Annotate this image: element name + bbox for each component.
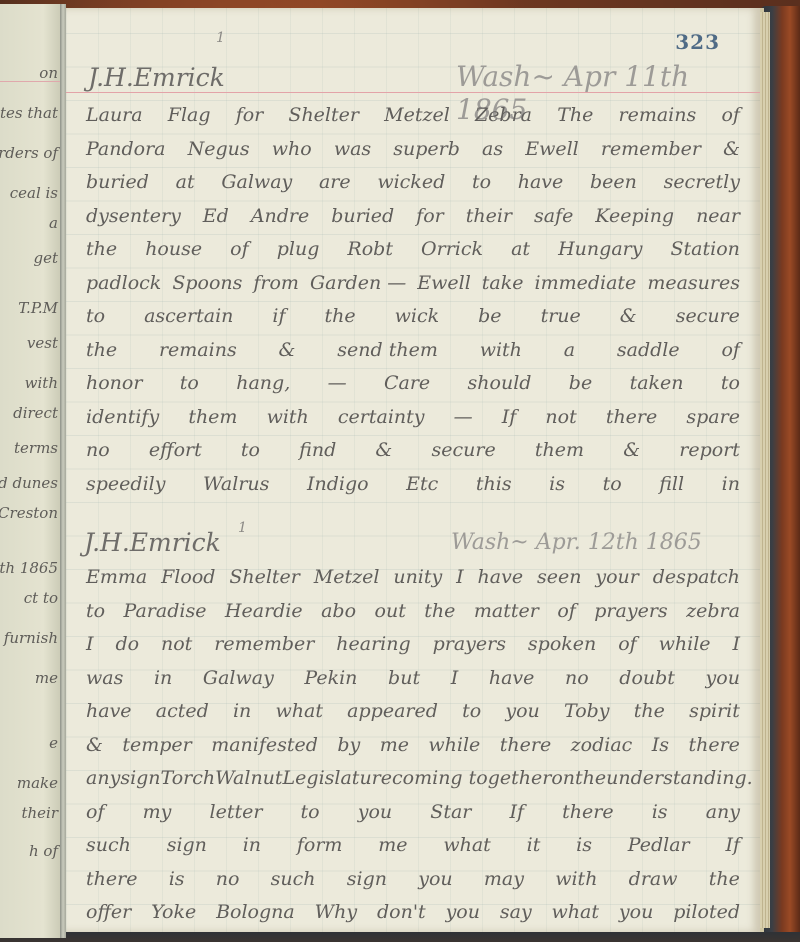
word: me <box>378 834 407 856</box>
word: your <box>595 566 639 588</box>
word: such <box>271 868 316 890</box>
word: by <box>337 734 360 756</box>
word: offer <box>86 901 131 923</box>
word: Garden — <box>310 272 406 294</box>
text-line: thereisnosuchsignyoumaywithdrawthe <box>86 860 740 890</box>
entry-2-date: Wash~ Apr. 12th 1865 <box>451 530 702 555</box>
word: piloted <box>673 901 740 923</box>
word: with <box>480 339 522 361</box>
word: who <box>272 138 312 160</box>
word: say <box>500 901 532 923</box>
word: superb <box>393 138 460 160</box>
page-number: 323 <box>675 30 720 54</box>
word: If <box>725 834 740 856</box>
word: & <box>623 439 640 461</box>
word: Andre <box>251 205 309 227</box>
word: sign <box>120 767 160 789</box>
word: Pandora <box>86 138 166 160</box>
word: to <box>241 439 260 461</box>
word: the <box>575 767 606 789</box>
word: have <box>478 566 524 588</box>
previous-page-text: direct <box>13 404 58 422</box>
word: Bologna <box>216 901 295 923</box>
word: secretly <box>664 171 740 193</box>
word: be <box>569 372 592 394</box>
text-line: Idonotrememberhearingprayersspokenofwhil… <box>86 625 740 655</box>
word: prayers <box>433 633 506 655</box>
word: Yoke <box>151 901 196 923</box>
word: buried <box>331 205 394 227</box>
previous-page-text: vest <box>27 334 58 352</box>
book-cover-bottom <box>0 932 800 942</box>
previous-page-text: h of <box>29 842 58 860</box>
previous-page-text: ceal is <box>10 184 58 202</box>
word: is <box>549 473 565 495</box>
word: matter <box>474 600 539 622</box>
word: at <box>176 171 195 193</box>
word: for <box>236 104 264 126</box>
text-line: theremains&send themwithasaddleof <box>86 331 740 361</box>
word: Robt <box>347 238 393 260</box>
word: what <box>443 834 490 856</box>
word: manifested <box>211 734 318 756</box>
word: & <box>375 439 392 461</box>
word: Care <box>384 372 430 394</box>
word: the <box>86 339 117 361</box>
word: padlock <box>86 272 161 294</box>
word: to <box>86 305 105 327</box>
word: Legislature <box>283 767 392 789</box>
word: Metzel <box>314 566 380 588</box>
word: any <box>706 801 740 823</box>
word: remember <box>214 633 314 655</box>
previous-page-text: me <box>35 669 58 687</box>
word: is <box>169 868 185 890</box>
word: I <box>451 667 459 689</box>
word: zodiac <box>571 734 633 756</box>
word: Star <box>430 801 471 823</box>
word: as <box>482 138 503 160</box>
word: to <box>462 700 481 722</box>
word: Indigo <box>307 473 369 495</box>
word: true <box>541 305 581 327</box>
word: do <box>115 633 139 655</box>
word: with <box>267 406 309 428</box>
previous-page-text: terms <box>14 439 58 457</box>
word: the <box>634 700 665 722</box>
word: no <box>565 667 589 689</box>
word: I <box>732 633 740 655</box>
word: you <box>619 901 653 923</box>
word: house <box>145 238 202 260</box>
word: in <box>233 700 251 722</box>
word: Keeping <box>595 205 674 227</box>
word: is <box>576 834 592 856</box>
word: immediate <box>535 272 637 294</box>
previous-page-text: tes that <box>0 104 58 122</box>
word: take <box>482 272 524 294</box>
word: near <box>696 205 740 227</box>
word: appeared <box>347 700 438 722</box>
signature-mark: 1 <box>238 520 247 536</box>
word: spoken <box>528 633 596 655</box>
word: — <box>328 372 347 394</box>
word: Walnut <box>215 767 282 789</box>
text-line: noefforttofind&securethem&report <box>86 431 740 461</box>
previous-page-text: furnish <box>4 629 58 647</box>
text-line: padlockSpoonsfromGarden —Ewelltakeimmedi… <box>86 264 740 294</box>
entry-1-signature: J.H.Emrick <box>88 63 225 92</box>
text-line: &tempermanifestedbymewhiletherezodiacIst… <box>86 726 740 756</box>
word: in <box>722 473 740 495</box>
word: to <box>180 372 199 394</box>
word: them <box>188 406 237 428</box>
page-edges <box>760 12 770 928</box>
word: spare <box>686 406 740 428</box>
word: it <box>527 834 541 856</box>
word: for <box>416 205 444 227</box>
text-line: suchsigninformmewhatitisPedlarIf <box>86 826 740 856</box>
word: Galway <box>203 667 274 689</box>
word: any <box>86 767 120 789</box>
word: from <box>253 272 299 294</box>
word: Orrick <box>421 238 483 260</box>
word: Paradise <box>124 600 207 622</box>
word: honor <box>86 372 142 394</box>
word: buried <box>86 171 149 193</box>
previous-page-text: make <box>17 774 58 792</box>
word: in <box>154 667 172 689</box>
entry-2-signature: J.H.Emrick <box>84 528 221 557</box>
text-line: wasinGalwayPekinbutIhavenodoubtyou <box>86 659 740 689</box>
word: but <box>388 667 420 689</box>
previous-page-text: e <box>49 734 58 752</box>
word: was <box>86 667 123 689</box>
word: The <box>557 104 593 126</box>
word: Heardie <box>225 600 303 622</box>
word: don't <box>377 901 426 923</box>
word: Pekin <box>304 667 357 689</box>
text-line: identifythemwithcertainty—Ifnottherespar… <box>86 398 740 428</box>
text-line: anysignTorchWalnutLegislaturecoming toge… <box>86 759 740 789</box>
word: despatch <box>653 566 740 588</box>
word: draw <box>629 868 678 890</box>
word: the <box>424 600 455 622</box>
word: what <box>552 901 599 923</box>
word: If <box>509 801 524 823</box>
word: no <box>216 868 240 890</box>
word: you <box>446 901 480 923</box>
previous-page-text: on <box>39 64 58 82</box>
word: ascertain <box>144 305 233 327</box>
word: remains <box>159 339 237 361</box>
word: wicked <box>377 171 445 193</box>
text-line: haveactedinwhatappearedtoyouTobythespiri… <box>86 692 740 722</box>
word: you <box>418 868 452 890</box>
word: have <box>86 700 132 722</box>
word: wick <box>395 305 440 327</box>
previous-page-text: orders of <box>0 144 58 162</box>
word: a <box>564 339 575 361</box>
word: & <box>279 339 296 361</box>
word: not <box>545 406 576 428</box>
word: there <box>86 868 137 890</box>
word: while <box>659 633 711 655</box>
word: send them <box>337 339 438 361</box>
word: such <box>86 834 131 856</box>
word: you <box>505 700 539 722</box>
word: was <box>334 138 371 160</box>
word: Negus <box>188 138 250 160</box>
word: safe <box>534 205 573 227</box>
word: Toby <box>564 700 610 722</box>
word: coming together <box>392 767 551 789</box>
text-line: EmmaFloodShelterMetzelunityIhaveseenyour… <box>86 558 740 588</box>
word: effort <box>149 439 202 461</box>
word: not <box>161 633 192 655</box>
word: been <box>590 171 637 193</box>
word: doubt <box>619 667 675 689</box>
word: there <box>562 801 613 823</box>
text-line: speedilyWalrusIndigoEtcthisistofillin <box>86 465 740 495</box>
word: no <box>86 439 110 461</box>
word: with <box>555 868 597 890</box>
text-line: PandoraNeguswhowassuperbasEwellremember& <box>86 130 740 160</box>
word: Ewell <box>525 138 579 160</box>
word: their <box>466 205 512 227</box>
word: Shelter <box>229 566 300 588</box>
previous-page-fragment: ontes thatorders ofceal isagetT.P.Mvestw… <box>0 4 62 938</box>
word: there <box>500 734 551 756</box>
word: Spoons <box>172 272 242 294</box>
word: of <box>230 238 248 260</box>
word: Etc <box>406 473 438 495</box>
word: the <box>709 868 740 890</box>
word: fill <box>659 473 684 495</box>
word: of <box>721 104 739 126</box>
ledger-page: 323 1 J.H.Emrick Wash~ Apr 11th 1865 Lau… <box>66 8 764 932</box>
word: & <box>620 305 637 327</box>
word: to <box>86 600 105 622</box>
word: of <box>86 801 104 823</box>
word: speedily <box>86 473 165 495</box>
previous-page-text: their <box>21 804 58 822</box>
previous-page-text: get <box>33 249 58 267</box>
word: I <box>456 566 464 588</box>
word: out <box>375 600 406 622</box>
word: certainty <box>338 406 425 428</box>
word: — <box>454 406 473 428</box>
word: is <box>652 801 668 823</box>
word: plug <box>277 238 320 260</box>
word: identify <box>86 406 159 428</box>
word: secure <box>432 439 496 461</box>
word: to <box>301 801 320 823</box>
text-line: toascertainifthewickbetrue&secure <box>86 297 740 327</box>
word: of <box>721 339 739 361</box>
word: if <box>272 305 285 327</box>
word: Galway <box>221 171 292 193</box>
word: my <box>143 801 172 823</box>
word: saddle <box>617 339 680 361</box>
word: remember <box>601 138 701 160</box>
word: Why <box>315 901 358 923</box>
word: there <box>606 406 657 428</box>
word: Ed <box>203 205 229 227</box>
word: seen <box>537 566 581 588</box>
word: & <box>723 138 740 160</box>
text-line: offerYokeBolognaWhydon'tyousaywhatyoupil… <box>86 893 740 923</box>
previous-page-text: hd Creston <box>0 504 58 522</box>
word: remains <box>619 104 697 126</box>
pencil-mark: 1 <box>216 30 225 46</box>
word: Is <box>652 734 669 756</box>
word: spirit <box>689 700 740 722</box>
word: If <box>502 406 517 428</box>
word: & <box>86 734 103 756</box>
previous-page-text: 10th 1865 <box>0 559 58 577</box>
word: Flood <box>161 566 215 588</box>
word: hang, <box>236 372 290 394</box>
word: acted <box>156 700 209 722</box>
word: hearing <box>336 633 410 655</box>
word: sign <box>347 868 387 890</box>
word: them <box>535 439 584 461</box>
word: in <box>243 834 261 856</box>
word: dysentery <box>86 205 181 227</box>
text-line: ofmylettertoyouStarIfthereisany <box>86 793 740 823</box>
text-line: thehouseofplugRobtOrrickatHungaryStation <box>86 230 740 260</box>
word: Shelter <box>288 104 359 126</box>
word: you <box>706 667 740 689</box>
word: Station <box>671 238 740 260</box>
text-line: toParadiseHeardieabooutthematterofprayer… <box>86 592 740 622</box>
word: while <box>428 734 480 756</box>
word: report <box>679 439 740 461</box>
word: have <box>489 667 535 689</box>
word: should <box>468 372 532 394</box>
word: secure <box>676 305 740 327</box>
word: measures <box>647 272 740 294</box>
text-line: LauraFlagforShelterMetzelZebraTheremains… <box>86 96 740 126</box>
word: Hungary <box>558 238 642 260</box>
word: sign <box>167 834 207 856</box>
word: Walrus <box>203 473 269 495</box>
text-line: dysenteryEdAndreburiedfortheirsafeKeepin… <box>86 197 740 227</box>
previous-page-text: d dunes <box>0 474 58 492</box>
word: me <box>380 734 409 756</box>
word: zebra <box>686 600 740 622</box>
word: what <box>276 700 323 722</box>
word: of <box>557 600 575 622</box>
word: this <box>476 473 512 495</box>
word: Pedlar <box>628 834 690 856</box>
word: the <box>86 238 117 260</box>
word: taken <box>630 372 684 394</box>
word: find <box>299 439 336 461</box>
word: unity <box>393 566 442 588</box>
word: form <box>297 834 343 856</box>
word: of <box>618 633 636 655</box>
word: to <box>603 473 622 495</box>
word: temper <box>122 734 191 756</box>
word: be <box>478 305 501 327</box>
word: on <box>551 767 575 789</box>
word: prayers <box>594 600 667 622</box>
word: at <box>511 238 530 260</box>
word: Metzel <box>384 104 450 126</box>
word: Laura <box>86 104 143 126</box>
word: Flag <box>168 104 211 126</box>
word: I <box>86 633 94 655</box>
word: the <box>325 305 356 327</box>
word: Ewell <box>417 272 471 294</box>
word: have <box>518 171 564 193</box>
word: are <box>319 171 351 193</box>
word: there <box>688 734 739 756</box>
word: you <box>358 801 392 823</box>
word: abo <box>321 600 356 622</box>
text-line: honortohang,—Careshouldbetakento <box>86 364 740 394</box>
word: to <box>472 171 491 193</box>
word: to <box>721 372 740 394</box>
word: may <box>484 868 524 890</box>
previous-page-text: ct to <box>24 589 58 607</box>
word: letter <box>210 801 263 823</box>
word: Zebra <box>475 104 532 126</box>
previous-page-text: T.P.M <box>18 299 58 317</box>
previous-page-text: with <box>25 374 58 392</box>
word: Emma <box>86 566 147 588</box>
word: understanding. <box>606 767 753 789</box>
word: Torch <box>161 767 216 789</box>
text-line: buriedatGalwayarewickedtohavebeensecretl… <box>86 163 740 193</box>
previous-page-text: a <box>49 214 58 232</box>
